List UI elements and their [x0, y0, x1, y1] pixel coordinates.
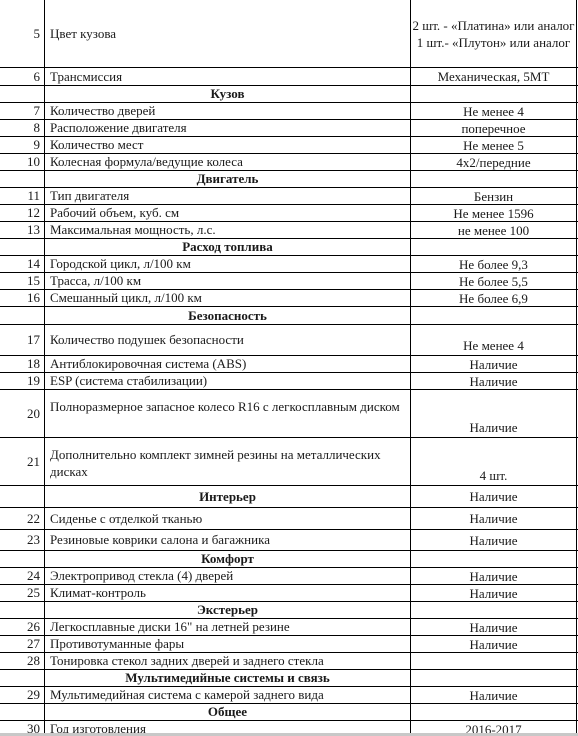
row-number: 14 — [0, 256, 45, 272]
parameter-name: Сиденье с отделкой тканью — [45, 508, 411, 529]
row-number: 10 — [0, 154, 45, 170]
section-title: Безопасность — [45, 307, 411, 324]
row-number: 6 — [0, 68, 45, 85]
parameter-name: Мультимедийная система с камерой заднего… — [45, 687, 411, 703]
table-row: 22Сиденье с отделкой тканьюНаличие — [0, 508, 578, 530]
parameter-name: Электропривод стекла (4) дверей — [45, 568, 411, 584]
row-number — [0, 239, 45, 255]
parameter-name: Количество дверей — [45, 103, 411, 119]
section-header-row: Комфорт — [0, 551, 578, 568]
table-row: 25Климат-контрольНаличие — [0, 585, 578, 602]
parameter-value: Не менее 4 — [411, 325, 577, 355]
parameter-name: Смешанный цикл, л/100 км — [45, 290, 411, 306]
row-number: 27 — [0, 636, 45, 652]
parameter-value: 2 шт. - «Платина» или аналог 1 шт.- «Плу… — [411, 0, 577, 67]
parameter-value: Наличие — [411, 486, 577, 507]
parameter-value: 4 шт. — [411, 438, 577, 485]
table-row: 27Противотуманные фарыНаличие — [0, 636, 578, 653]
parameter-name: Рабочий объем, куб. см — [45, 205, 411, 221]
row-number: 25 — [0, 585, 45, 601]
parameter-value: Бензин — [411, 188, 577, 204]
parameter-value: Не менее 5 — [411, 137, 577, 153]
parameter-value: Не более 9,3 — [411, 256, 577, 272]
section-title: Комфорт — [45, 551, 411, 567]
parameter-value: не менее 100 — [411, 222, 577, 238]
section-header-row: Мультимедийные системы и связь — [0, 670, 578, 687]
table-row: 28Тонировка стекол задних дверей и задне… — [0, 653, 578, 670]
table-row: 26Легкосплавные диски 16" на летней рези… — [0, 619, 578, 636]
parameter-value: Не менее 1596 — [411, 205, 577, 221]
parameter-value: Наличие — [411, 373, 577, 389]
table-row: 13Максимальная мощность, л.с.не менее 10… — [0, 222, 578, 239]
table-row: 11Тип двигателяБензин — [0, 188, 578, 205]
parameter-value — [411, 704, 577, 720]
table-row: 18Антиблокировочная система (ABS)Наличие — [0, 356, 578, 373]
parameter-name: Резиновые коврики салона и багажника — [45, 530, 411, 550]
section-title: Расход топлива — [45, 239, 411, 255]
table-row: 19ESP (система стабилизации)Наличие — [0, 373, 578, 390]
section-title: Мультимедийные системы и связь — [45, 670, 411, 686]
parameter-value — [411, 239, 577, 255]
parameter-value: Наличие — [411, 356, 577, 372]
row-number: 29 — [0, 687, 45, 703]
parameter-name: Колесная формула/ведущие колеса — [45, 154, 411, 170]
parameter-value: Наличие — [411, 636, 577, 652]
parameter-name: ESP (система стабилизации) — [45, 373, 411, 389]
row-number: 11 — [0, 188, 45, 204]
row-number: 22 — [0, 508, 45, 529]
parameter-value: Наличие — [411, 687, 577, 703]
parameter-value: Механическая, 5МТ — [411, 68, 577, 85]
parameter-name: Тип двигателя — [45, 188, 411, 204]
row-number: 9 — [0, 137, 45, 153]
row-number: 28 — [0, 653, 45, 669]
row-number — [0, 551, 45, 567]
row-number: 26 — [0, 619, 45, 635]
section-title: Общее — [45, 704, 411, 720]
row-number: 12 — [0, 205, 45, 221]
row-number: 15 — [0, 273, 45, 289]
row-number: 16 — [0, 290, 45, 306]
row-number: 18 — [0, 356, 45, 372]
row-number: 24 — [0, 568, 45, 584]
section-title: Двигатель — [45, 171, 411, 187]
section-title: Кузов — [45, 86, 411, 102]
parameter-value: Наличие — [411, 508, 577, 529]
row-number: 17 — [0, 325, 45, 355]
section-header-row: Кузов — [0, 86, 578, 103]
table-row: 24Электропривод стекла (4) дверейНаличие — [0, 568, 578, 585]
table-row: 16Смешанный цикл, л/100 кмНе более 6,9 — [0, 290, 578, 307]
table-row: 20Полноразмерное запасное колесо R16 с л… — [0, 390, 578, 438]
parameter-value: Не более 6,9 — [411, 290, 577, 306]
table-row: 23Резиновые коврики салона и багажникаНа… — [0, 530, 578, 551]
parameter-value — [411, 171, 577, 187]
section-title: Интерьер — [45, 486, 411, 507]
parameter-value — [411, 602, 577, 618]
parameter-value — [411, 307, 577, 324]
row-number: 19 — [0, 373, 45, 389]
section-title: Экстерьер — [45, 602, 411, 618]
table-row: 29Мультимедийная система с камерой задне… — [0, 687, 578, 704]
table-row: 14Городской цикл, л/100 кмНе более 9,3 — [0, 256, 578, 273]
table-row: 9Количество местНе менее 5 — [0, 137, 578, 154]
row-number: 5 — [0, 0, 45, 67]
parameter-name: Количество мест — [45, 137, 411, 153]
table-row: 8Расположение двигателяпоперечное — [0, 120, 578, 137]
row-number — [0, 670, 45, 686]
row-number: 8 — [0, 120, 45, 136]
parameter-value: Наличие — [411, 585, 577, 601]
row-number: 21 — [0, 438, 45, 485]
parameter-name: Полноразмерное запасное колесо R16 с лег… — [45, 390, 411, 437]
row-number — [0, 486, 45, 507]
section-header-row: Общее — [0, 704, 578, 721]
parameter-name: Количество подушек безопасности — [45, 325, 411, 355]
parameter-name: Расположение двигателя — [45, 120, 411, 136]
section-header-row: ИнтерьерНаличие — [0, 486, 578, 508]
parameter-value: Не более 5,5 — [411, 273, 577, 289]
table-row: 7Количество дверейНе менее 4 — [0, 103, 578, 120]
table-row: 12Рабочий объем, куб. смНе менее 1596 — [0, 205, 578, 222]
row-number: 7 — [0, 103, 45, 119]
parameter-value: Наличие — [411, 390, 577, 437]
parameter-value: Не менее 4 — [411, 103, 577, 119]
parameter-value: Наличие — [411, 568, 577, 584]
parameter-name: Цвет кузова — [45, 0, 411, 67]
table-row: 5Цвет кузова2 шт. - «Платина» или аналог… — [0, 0, 578, 68]
parameter-name: Антиблокировочная система (ABS) — [45, 356, 411, 372]
parameter-name: Городской цикл, л/100 км — [45, 256, 411, 272]
row-number — [0, 86, 45, 102]
parameter-value: 4x2/передние — [411, 154, 577, 170]
table-row: 10Колесная формула/ведущие колеса4x2/пер… — [0, 154, 578, 171]
table-row: 21Дополнительно комплект зимней резины н… — [0, 438, 578, 486]
parameter-value — [411, 670, 577, 686]
row-number — [0, 704, 45, 720]
parameter-value — [411, 86, 577, 102]
section-header-row: Двигатель — [0, 171, 578, 188]
parameter-name: Трасса, л/100 км — [45, 273, 411, 289]
parameter-name: Трансмиссия — [45, 68, 411, 85]
row-number: 13 — [0, 222, 45, 238]
table-row: 15Трасса, л/100 кмНе более 5,5 — [0, 273, 578, 290]
table-row: 17 Количество подушек безопасностиНе мен… — [0, 325, 578, 356]
row-number: 20 — [0, 390, 45, 437]
parameter-name: Дополнительно комплект зимней резины на … — [45, 438, 411, 485]
parameter-value: поперечное — [411, 120, 577, 136]
section-header-row: Безопасность — [0, 307, 578, 325]
parameter-name: Максимальная мощность, л.с. — [45, 222, 411, 238]
row-number — [0, 602, 45, 618]
parameter-name: Климат-контроль — [45, 585, 411, 601]
parameter-name: Тонировка стекол задних дверей и заднего… — [45, 653, 411, 669]
parameter-value — [411, 551, 577, 567]
table-row: 6ТрансмиссияМеханическая, 5МТ — [0, 68, 578, 86]
row-number: 23 — [0, 530, 45, 550]
section-header-row: Экстерьер — [0, 602, 578, 619]
parameter-value — [411, 653, 577, 669]
parameter-value: Наличие — [411, 619, 577, 635]
row-number — [0, 307, 45, 324]
row-number — [0, 171, 45, 187]
parameter-value: Наличие — [411, 530, 577, 550]
section-header-row: Расход топлива — [0, 239, 578, 256]
parameter-name: Противотуманные фары — [45, 636, 411, 652]
parameter-name: Легкосплавные диски 16" на летней резине — [45, 619, 411, 635]
